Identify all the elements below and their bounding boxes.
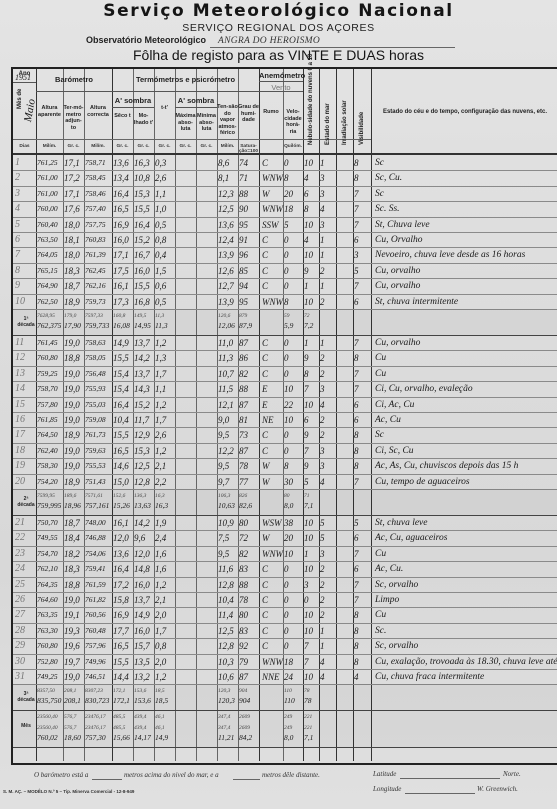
decade-value-humidade: 2609 [239, 712, 250, 722]
cell-visibilidade: 8 [354, 657, 359, 667]
cell-nebulosidade: 8 [304, 369, 309, 379]
cell-humidade: 74 [239, 158, 248, 168]
latitude-blank [400, 778, 500, 779]
cell-estado-ceu: Cu, orvalho [375, 281, 420, 291]
cell-estado_mar: 2 [320, 353, 325, 363]
cell-tensao: 11,5 [218, 384, 233, 394]
barometer-note-1: O barómetro está a [34, 771, 88, 779]
cell-molhado: 14,2 [134, 518, 150, 528]
day-mark: 19 [15, 460, 25, 471]
cell-molhado: 14,2 [134, 353, 150, 363]
cell-humidade: 85 [239, 266, 248, 276]
cell-estado-ceu: Cu [375, 369, 386, 379]
cell-nebulosidade: 10 [304, 672, 313, 682]
cell-rumo: C [262, 564, 268, 574]
cell-molhado: 15,2 [134, 400, 150, 410]
day-mark: 22 [15, 532, 25, 543]
cell-seco: 16,9 [113, 610, 129, 620]
cell-estado-ceu: St, chuva intermitente [375, 297, 458, 307]
decade-value-molhado: 13,63 [134, 501, 151, 511]
cell-rumo: WNW [262, 173, 283, 183]
cell-alt_aparente: 764,35 [37, 580, 58, 590]
cell-seco: 16,0 [113, 235, 129, 245]
decade-value-nebulosidade: 221 [304, 723, 312, 733]
cell-humidade: 80 [239, 518, 248, 528]
cell-alt_correcta: 762,16 [85, 281, 106, 291]
cell-seco: 14,6 [113, 461, 129, 471]
cell-rumo: C [262, 369, 268, 379]
cell-t_diff: 2,6 [155, 173, 166, 183]
day-mark: 28 [15, 625, 25, 636]
decade-value-nebulosidade: 72 [304, 311, 310, 321]
cell-nebulosidade: 0 [304, 595, 309, 605]
cell-alt_correcta: 751,43 [85, 477, 106, 487]
cell-t_diff: 2,0 [155, 657, 166, 667]
cell-nebulosidade: 5 [304, 477, 309, 487]
shade-dry-wet-heading: A' sombra [112, 96, 154, 105]
cell-visibilidade: 5 [354, 266, 359, 276]
service-title: Serviço Meteorológico Nacional [0, 1, 557, 21]
cell-seco: 15,8 [113, 595, 129, 605]
cell-t_diff: 0,6 [155, 281, 166, 291]
cell-visibilidade: 7 [354, 369, 359, 379]
decade-value-velocidade: 249 [284, 712, 292, 722]
cell-alt_aparente: 758,30 [37, 461, 58, 471]
cell-t_diff: 1,1 [155, 189, 166, 199]
decade-value-seco: 152,6 [113, 491, 125, 501]
cell-alt_correcta: 760,83 [85, 235, 106, 245]
cell-humidade: 87 [239, 672, 248, 682]
decade-value-nebulosidade: 7,2 [304, 321, 313, 331]
decade-value-molhado: 136,3 [134, 491, 146, 501]
decade-value-velocidade: 8,0 [284, 501, 293, 511]
cell-velocidade: 0 [284, 281, 289, 291]
decade-value-t_diff: 16,3 [155, 501, 168, 511]
cell-alt_correcta: 759,41 [85, 564, 106, 574]
decade-value-alt_correcta: 23476,17 [85, 712, 106, 722]
cell-estado-ceu: Ac, As, Cu, chuviscos depois das 15 h [375, 461, 518, 471]
cell-rumo: C [262, 610, 268, 620]
cell-rumo: C [262, 626, 268, 636]
day-label: Dias [13, 144, 36, 149]
cell-alt_aparente: 762,50 [37, 297, 58, 307]
cell-velocidade: 8 [284, 297, 289, 307]
cell-estado_mar: 1 [320, 250, 325, 260]
cell-tensao: 12,7 [218, 281, 234, 291]
column-unit-tensao: Milím. [217, 144, 238, 149]
cell-nebulosidade: 4 [304, 173, 309, 183]
cell-estado-ceu: Cu [375, 353, 386, 363]
cell-molhado: 14,8 [134, 564, 150, 574]
cell-velocidade: 0 [284, 626, 289, 636]
cell-velocidade: 0 [284, 641, 289, 651]
cell-term_adjunto: 19,3 [64, 626, 80, 636]
cell-alt_aparente: 749,55 [37, 533, 58, 543]
cell-term_adjunto: 18,8 [64, 580, 80, 590]
cell-alt_correcta: 757,75 [85, 220, 106, 230]
cell-velocidade: 10 [284, 549, 293, 559]
year-value: 1951 [15, 73, 31, 83]
cell-nebulosidade: 7 [304, 657, 309, 667]
cell-estado_mar: 3 [320, 220, 325, 230]
decade-value-nebulosidade: 221 [304, 712, 312, 722]
column-unit-minima: Gr. c. [196, 144, 217, 149]
cell-tensao: 10,6 [218, 672, 234, 682]
row-rule [13, 381, 557, 382]
cell-humidade: 88 [239, 580, 248, 590]
decade-value-molhado: 153,6 [134, 686, 146, 696]
cell-nebulosidade: 10 [304, 250, 313, 260]
wind-subheading: Vento [259, 83, 303, 92]
cell-seco: 15,4 [113, 384, 129, 394]
cell-nebulosidade: 7 [304, 641, 309, 651]
decade-value-nebulosidade: 7,1 [304, 733, 313, 743]
row-rule [13, 561, 557, 562]
column-divider [175, 69, 176, 761]
cell-term_adjunto: 18,2 [64, 549, 80, 559]
cell-t_diff: 1,7 [155, 369, 166, 379]
cell-rumo: C [262, 353, 268, 363]
cell-estado_mar: 2 [320, 369, 325, 379]
decade-value-alt_aparente: 762,375 [37, 321, 61, 331]
cell-rumo: E [262, 384, 268, 394]
cell-tensao: 8,1 [218, 173, 229, 183]
decade-value-alt_correcta: 759,733 [85, 321, 109, 331]
cell-rumo: W [262, 477, 270, 487]
cell-velocidade: 10 [284, 415, 293, 425]
cell-humidade: 87 [239, 338, 248, 348]
cell-term_adjunto: 18,9 [64, 430, 80, 440]
decade-value-term_adjunto: 18,96 [64, 501, 81, 511]
cell-rumo: WNW [262, 549, 283, 559]
cell-tensao: 12,6 [218, 266, 234, 276]
decade-value-humidade: 879 [239, 311, 247, 321]
cell-estado_mar: 1 [320, 338, 325, 348]
cell-term_adjunto: 19,0 [64, 384, 80, 394]
column-header-alt_correcta: Altura correcta [84, 105, 112, 118]
cell-estado_mar: 2 [320, 610, 325, 620]
cell-humidade: 87 [239, 446, 248, 456]
cell-alt_aparente: 761,25 [37, 158, 58, 168]
cell-estado_mar: 2 [320, 580, 325, 590]
cell-alt_correcta: 758,71 [85, 158, 106, 168]
decade-value-alt_correcta: 23476,17 [85, 723, 106, 733]
cell-rumo: C [262, 641, 268, 651]
cell-term_adjunto: 19,1 [64, 610, 80, 620]
cell-velocidade: 0 [284, 580, 289, 590]
decade-value-velocidade: 110 [284, 686, 292, 696]
decade-value-humidade: 2609 [239, 723, 250, 733]
cell-humidade: 82 [239, 549, 248, 559]
cell-nebulosidade: 6 [304, 415, 309, 425]
cell-visibilidade: 7 [354, 189, 359, 199]
latitude-label: Latitude [373, 770, 396, 778]
cell-velocidade: 5 [284, 220, 289, 230]
cell-molhado: 14,9 [134, 610, 150, 620]
decade-value-seco: 160,8 [113, 311, 125, 321]
cell-t_diff: 1,0 [155, 204, 166, 214]
cell-velocidade: 8 [284, 461, 289, 471]
cell-nebulosidade: 10 [304, 400, 313, 410]
decade-value-alt_aparente: 759,995 [37, 501, 61, 511]
cell-estado_mar: 2 [320, 266, 325, 276]
cell-term_adjunto: 18,0 [64, 250, 80, 260]
cell-rumo: C [262, 430, 268, 440]
cell-humidade: 77 [239, 477, 248, 487]
cell-nebulosidade: 10 [304, 158, 313, 168]
cell-seco: 16,4 [113, 189, 129, 199]
cell-velocidade: 18 [284, 657, 293, 667]
cell-seco: 16,4 [113, 400, 129, 410]
column-unit-seco: Gr. c. [112, 144, 133, 149]
cell-alt_aparente: 754,70 [37, 549, 58, 559]
cell-rumo: SSW [262, 220, 279, 230]
cell-nebulosidade: 10 [304, 297, 313, 307]
cell-nebulosidade: 4 [304, 235, 309, 245]
header-bottom-rule [13, 153, 557, 155]
column-header-velocidade: Velo-cidade horá-ria [283, 109, 303, 135]
column-divider [336, 69, 337, 761]
cell-visibilidade: 6 [354, 297, 359, 307]
decade-value-alt_correcta: 7571,61 [85, 491, 103, 501]
cell-t_diff: 1,7 [155, 415, 166, 425]
cell-alt_aparente: 763,35 [37, 610, 58, 620]
decade-label: Mês [16, 723, 36, 729]
decade-value-molhado: 153,6 [134, 696, 151, 706]
cell-molhado: 13,7 [134, 369, 150, 379]
cell-rumo: C [262, 158, 268, 168]
cell-humidade: 95 [239, 220, 248, 230]
cell-seco: 14,9 [113, 338, 129, 348]
cell-velocidade: 22 [284, 400, 293, 410]
cell-tensao: 12,4 [218, 235, 234, 245]
cell-rumo: C [262, 338, 268, 348]
cell-alt_correcta: 760,48 [85, 626, 106, 636]
day-mark: 15 [15, 399, 25, 410]
cell-seco: 16,9 [113, 220, 129, 230]
column-divider [196, 69, 197, 761]
cell-alt_aparente: 749,25 [37, 672, 58, 682]
cell-humidade: 80 [239, 610, 248, 620]
cell-alt_aparente: 757,80 [37, 400, 58, 410]
cell-humidade: 78 [239, 595, 248, 605]
cell-nebulosidade: 1 [304, 338, 309, 348]
cell-molhado: 15,3 [134, 446, 150, 456]
row-rule [13, 366, 557, 367]
cell-alt_correcta: 757,40 [85, 204, 106, 214]
cell-visibilidade: 8 [354, 158, 359, 168]
cell-rumo: W [262, 533, 270, 543]
cell-term_adjunto: 18,3 [64, 564, 80, 574]
day-mark: 9 [15, 280, 20, 291]
cell-visibilidade: 3 [354, 250, 359, 260]
decade-value-tensao: 106,3 [218, 491, 230, 501]
cell-seco: 17,7 [113, 626, 129, 636]
row-rule [13, 412, 557, 413]
day-mark: 6 [15, 234, 20, 245]
cell-molhado: 16,8 [134, 297, 150, 307]
cell-estado_mar: 3 [320, 549, 325, 559]
column-header-molhado: Mo-lhado t' [133, 113, 154, 126]
row-rule [13, 186, 557, 187]
decade-value-velocidade: 59 [284, 311, 290, 321]
cell-seco: 13,4 [113, 173, 129, 183]
decade-value-tensao: 10,63 [218, 501, 235, 511]
day-mark: 18 [15, 445, 25, 456]
cell-velocidade: 0 [284, 250, 289, 260]
cell-visibilidade: 8 [354, 173, 359, 183]
cell-alt_correcta: 761,59 [85, 580, 106, 590]
cell-molhado: 15,2 [134, 235, 150, 245]
cell-humidade: 96 [239, 250, 248, 260]
cell-nebulosidade: 10 [304, 220, 313, 230]
column-unit-humidade: Satura-ção=100 [238, 144, 259, 154]
day-mark: 5 [15, 219, 20, 230]
cell-nebulosidade: 6 [304, 189, 309, 199]
cell-tensao: 10,7 [218, 369, 234, 379]
day-mark: 20 [15, 476, 25, 487]
cell-estado_mar: 1 [320, 281, 325, 291]
cell-humidade: 73 [239, 430, 248, 440]
cell-tensao: 12,2 [218, 446, 234, 456]
cell-nebulosidade: 9 [304, 461, 309, 471]
cell-velocidade: 0 [284, 338, 289, 348]
decade-value-tensao: 347,4 [218, 723, 230, 733]
row-rule [13, 592, 557, 593]
cell-alt_aparente: 761,00 [37, 189, 58, 199]
cell-visibilidade: 7 [354, 384, 359, 394]
cell-alt_aparente: 764,05 [37, 250, 58, 260]
decade-value-alt_correcta: 830,723 [85, 696, 109, 706]
cell-estado_mar: 2 [320, 595, 325, 605]
cell-tensao: 11,4 [218, 610, 233, 620]
cell-estado-ceu: Sc, Cu. [375, 173, 402, 183]
cell-molhado: 16,3 [134, 158, 150, 168]
cell-estado_mar: 3 [320, 461, 325, 471]
cell-estado-ceu: Sc. [375, 626, 386, 636]
month-label: Mês de [17, 89, 23, 109]
day-mark: 26 [15, 594, 25, 605]
column-header-irradiacao: Irradiação solar [342, 100, 348, 145]
barometer-note-2: metros acima do nivel do mar, e a [124, 771, 219, 779]
cell-estado-ceu: Sc [375, 430, 384, 440]
cell-molhado: 13,7 [134, 338, 150, 348]
cell-alt_correcta: 760,56 [85, 610, 106, 620]
cell-tensao: 11,6 [218, 564, 233, 574]
cell-alt_correcta: 755,53 [85, 461, 106, 471]
cell-tensao: 10,4 [218, 595, 234, 605]
cell-nebulosidade: 10 [304, 626, 313, 636]
cell-alt_correcta: 758,05 [85, 353, 106, 363]
row-rule [13, 217, 557, 218]
cell-visibilidade: 6 [354, 235, 359, 245]
cell-nebulosidade: 9 [304, 266, 309, 276]
cell-molhado: 12,8 [134, 477, 150, 487]
column-header-humidade: Grau de humi-dade [238, 104, 259, 124]
cell-tensao: 8,6 [218, 158, 229, 168]
cell-nebulosidade: 10 [304, 518, 313, 528]
cell-nebulosidade: 10 [304, 610, 313, 620]
cell-rumo: W [262, 461, 270, 471]
cell-nebulosidade: 8 [304, 204, 309, 214]
cell-estado-ceu: Ac, Cu. [375, 564, 403, 574]
cell-molhado: 15,5 [134, 281, 150, 291]
day-mark: 11 [15, 337, 24, 348]
cell-alt_correcta: 746,88 [85, 533, 106, 543]
latitude-suffix: Norte. [503, 770, 521, 778]
cell-velocidade: 20 [284, 533, 293, 543]
cell-estado-ceu: Cu, orvalho [375, 338, 420, 348]
decade-value-humidade: 904 [239, 696, 250, 706]
cell-molhado: 10,8 [134, 173, 150, 183]
cell-alt_correcta: 758,46 [85, 189, 106, 199]
cell-velocidade: 0 [284, 369, 289, 379]
cell-humidade: 83 [239, 564, 248, 574]
cell-term_adjunto: 18,7 [64, 281, 80, 291]
cell-estado-ceu: Nevoeiro, chuva leve desde as 16 horas [375, 250, 525, 260]
cell-term_adjunto: 19,0 [64, 369, 80, 379]
form-page: Serviço Meteorológico Nacional SERVIÇO R… [0, 0, 557, 809]
cell-alt_aparente: 752,80 [37, 657, 58, 667]
cell-alt_aparente: 764,90 [37, 281, 58, 291]
decade-value-term_adjunto: 208,1 [64, 696, 81, 706]
cell-seco: 15,4 [113, 369, 129, 379]
column-header-t_diff: t-t' [154, 105, 175, 112]
cell-rumo: C [262, 250, 268, 260]
cell-rumo: WSW [262, 518, 282, 528]
cell-molhado: 11,7 [134, 415, 149, 425]
cell-t_diff: 0,5 [155, 220, 166, 230]
cell-humidade: 72 [239, 533, 248, 543]
decade-rule [13, 747, 557, 748]
cell-t_diff: 1,3 [155, 353, 166, 363]
decade-value-t_diff: 14,9 [155, 733, 168, 743]
decade-value-term_adjunto: 179,0 [64, 311, 76, 321]
decade-value-t_diff: 46,1 [155, 712, 165, 722]
row-rule [13, 278, 557, 279]
day-mark: 25 [15, 579, 25, 590]
cell-estado_mar: 4 [320, 657, 325, 667]
units-row-rule [13, 139, 371, 140]
cell-velocidade: 0 [284, 446, 289, 456]
day-mark: 23 [15, 548, 25, 559]
barometer-height-blank [92, 779, 122, 780]
cell-molhado: 15,7 [134, 641, 150, 651]
cell-alt_aparente: 759,25 [37, 369, 58, 379]
cell-velocidade: 38 [284, 518, 293, 528]
cell-visibilidade: 7 [354, 338, 359, 348]
decade-value-velocidade: 110 [284, 696, 295, 706]
cell-rumo: C [262, 595, 268, 605]
cell-humidade: 94 [239, 281, 248, 291]
row-rule [13, 201, 557, 202]
cell-alt_aparente: 761,00 [37, 173, 58, 183]
column-header-seco: Sêco t [112, 113, 133, 120]
column-header-maxima: Máxima abso-luta [175, 113, 196, 133]
cell-tensao: 13,9 [218, 250, 234, 260]
day-mark: 8 [15, 265, 20, 276]
decade-label: 1ª década [16, 316, 36, 328]
decade-value-t_diff: 18,5 [155, 686, 165, 696]
day-mark: 17 [15, 429, 25, 440]
column-header-nebulosidade: Nebulo-sidade do nuvens 0 a 10 [308, 54, 314, 145]
cell-seco: 17,1 [113, 250, 129, 260]
cell-t_diff: 2,0 [155, 610, 166, 620]
row-rule [13, 607, 557, 608]
cell-velocidade: 0 [284, 353, 289, 363]
cell-nebulosidade: 1 [304, 281, 309, 291]
barometer-note-3: metros dêle distante. [262, 771, 320, 779]
